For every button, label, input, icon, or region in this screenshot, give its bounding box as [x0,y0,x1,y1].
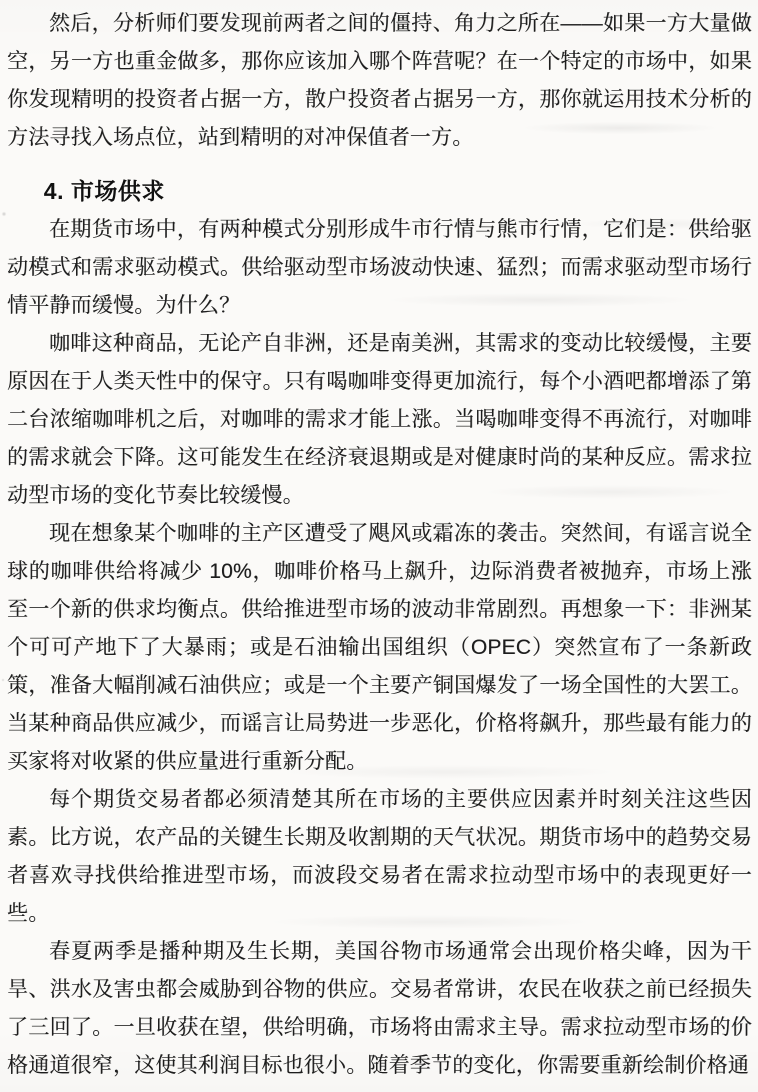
body-paragraph: 春夏两季是播种期及生长期，美国谷物市场通常会出现价格尖峰，因为干旱、洪水及害虫都… [7,933,752,1085]
body-paragraph-continuation: 然后，分析师们要发现前两者之间的僵持、角力之所在——如果一方大量做空，另一方也重… [7,5,752,157]
body-paragraph: 在期货市场中，有两种模式分别形成牛市行情与熊市行情，它们是：供给驱动模式和需求驱… [7,211,752,325]
body-paragraph: 每个期货交易者都必须清楚其所在市场的主要供应因素并时刻关注这些因素。比方说，农产… [7,781,752,933]
body-paragraph: 咖啡这种商品，无论产自非洲，还是南美洲，其需求的变动比较缓慢，主要原因在于人类天… [7,325,752,515]
book-page: 然后，分析师们要发现前两者之间的僵持、角力之所在——如果一方大量做空，另一方也重… [0,0,758,1092]
section-heading: 4. 市场供求 [7,172,752,210]
body-paragraph: 现在想象某个咖啡的主产区遭受了飓风或霜冻的袭击。突然间，有谣言说全球的咖啡供给将… [7,515,752,781]
